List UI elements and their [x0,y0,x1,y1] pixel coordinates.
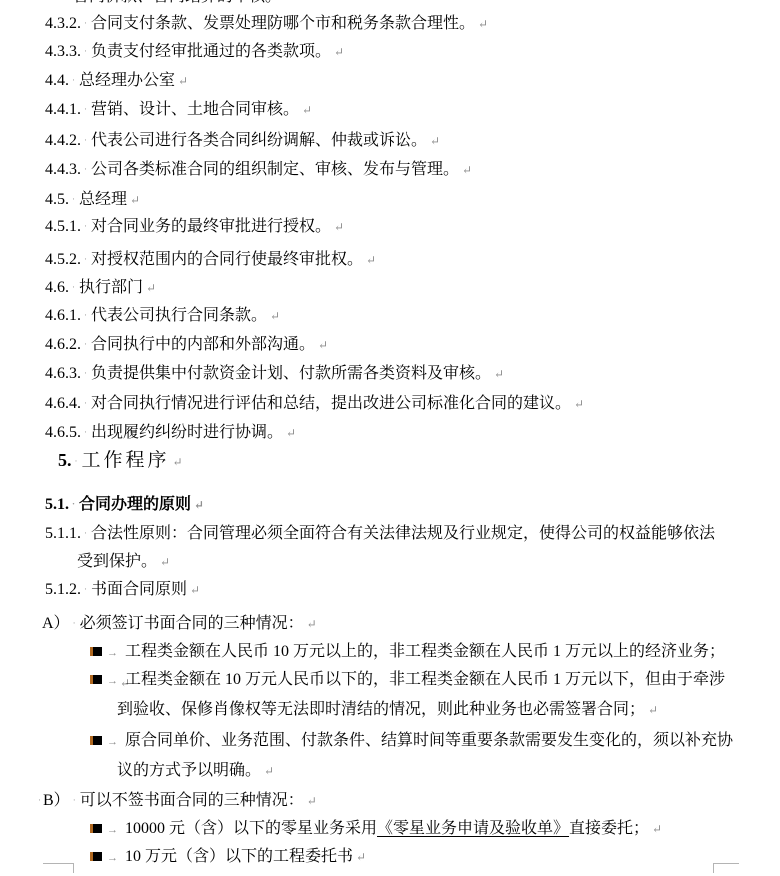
tab-mark-icon: · [84,418,87,447]
heading-text: 合同办理的原则 [79,496,191,513]
paragraph-text: 总经理 [79,191,127,208]
list-number: 4.5. [45,191,69,208]
tab-mark-icon: · [84,389,87,418]
list-letter: A） [42,615,70,632]
bullet-square-icon [90,852,102,861]
paragraph-mark-icon: ↵ [307,610,317,639]
list-number: 4.4. [45,72,69,89]
tab-mark-icon: · [84,330,87,359]
paragraph-text: 可以不签书面合同的三种情况： [80,792,304,809]
list-number: 4.4.1. [45,101,81,118]
list-letter: B） [43,792,70,809]
paragraph-mark-icon: ↵ [652,815,662,844]
bullet-text: 10000 元（含）以下的零星业务采用 [125,820,377,837]
paragraph-text: 代表公司进行各类合同纠纷调解、仲裁或诉讼。 [91,132,427,149]
list-number: 4.3.2. [45,15,81,32]
bullet-text: 直接委托； [569,820,649,837]
bullet-item: →10000 元（含）以下的零星业务采用《零星业务申请及验收单》直接委托；↵ [90,814,733,845]
paragraph-text: 执行部门 [79,279,143,296]
tab-mark-icon: · [75,447,78,476]
heading-number: 5.1. [45,496,69,513]
paragraph-mark-icon: ↵ [574,390,584,419]
document-page[interactable]: 合同价款、合同结算的审核。 4.3.2.·合同支付条款、发票处理防哪个市和税务条… [0,0,780,876]
tab-mark-icon: · [73,609,76,638]
doc-paragraph: 5.1.2.·书面合同原则↵ [45,575,200,605]
tab-mark-icon: · [72,273,75,302]
bullet-text: 工程类金额在 10 万元人民币以下的，非工程类金额在人民币 1 万元以下，但由于… [117,671,725,718]
tab-mark-icon: · [84,155,87,184]
list-number: 4.6.1. [45,307,81,324]
paragraph-mark-icon: ↵ [160,548,170,576]
tab-arrow-icon: → [107,844,118,873]
paragraph-text: 代表公司执行合同条款。 [91,307,267,324]
tab-mark-icon: · [84,126,87,155]
list-number: 4.6.5. [45,424,81,441]
paragraph-mark-icon: ↵ [264,757,274,786]
doc-paragraph: 4.3.3.·负责支付经审批通过的各类款项。↵ [45,37,344,67]
list-number: 4.4.3. [45,161,81,178]
paragraph-text: 必须签订书面合同的三种情况： [80,615,304,632]
doc-paragraph: 4.4.·总经理办公室↵ [45,66,188,96]
paragraph-mark-icon: ↵ [318,331,328,360]
tab-arrow-icon: → [107,639,118,668]
tab-arrow-icon: → [107,816,118,845]
tab-mark-icon: · [84,359,87,388]
list-number: 5.1.1. [45,525,81,542]
list-number: 4.3.3. [45,43,81,60]
paragraph-text: 负责提供集中付款资金计划、付款所需各类资料及审核。 [91,365,491,382]
paragraph-text: 合同价款、合同结算的审核。 [73,0,281,5]
paragraph-text: 合法性原则：合同管理必须全面符合有关法律法规及行业规定，使得公司的权益能够依法受… [77,525,715,570]
tab-mark-icon: · [72,490,75,519]
doc-paragraph: ·B）·可以不签书面合同的三种情况：↵ [38,786,718,816]
list-number: 4.4.2. [45,132,81,149]
paragraph-mark-icon: ↵ [430,127,440,156]
section-heading: 5.·工作程序↵ [58,446,183,477]
tab-mark-icon: · [84,245,87,274]
paragraph-mark-icon: ↵ [334,213,344,242]
paragraph-text: 负责支付经审批通过的各类款项。 [91,43,331,60]
doc-paragraph: 4.5.2.·对授权范围内的合同行使最终审批权。↵ [45,245,376,275]
bullet-item: →10 万元（含）以下的工程委托书↵ [90,842,733,873]
doc-paragraph: 4.6.5.·出现履约纠纷时进行协调。↵ [45,418,296,448]
doc-paragraph: 4.3.2.·合同支付条款、发票处理防哪个市和税务条款合理性。↵ [45,9,488,39]
paragraph-mark-icon: ↵ [173,448,183,477]
paragraph-mark-icon: ↵ [478,10,488,39]
doc-paragraph: A）·必须签订书面合同的三种情况：↵ [42,609,722,639]
doc-paragraph: 4.5.·总经理↵ [45,185,140,215]
doc-paragraph: 4.6.4.·对合同执行情况进行评估和总结，提出改进公司标准化合同的建议。↵ [45,389,584,419]
doc-paragraph: 4.5.1.·对合同业务的最终审批进行授权。↵ [45,212,344,242]
tab-arrow-icon: → [107,667,118,696]
paragraph-text: 对合同业务的最终审批进行授权。 [91,218,331,235]
paragraph-text: 出现履约纠纷时进行协调。 [91,424,283,441]
doc-paragraph: 4.6.1.·代表公司执行合同条款。↵ [45,301,280,331]
paragraph-mark-icon: ↵ [146,274,156,303]
doc-paragraph: 4.4.3.·公司各类标准合同的组织制定、审核、发布与管理。↵ [45,155,472,185]
tab-mark-icon: · [84,575,87,604]
tab-mark-icon: · [73,786,76,815]
bullet-item: →工程类金额在 10 万元人民币以下的，非工程类金额在人民币 1 万元以下，但由… [90,666,733,724]
heading-text: 工作程序 [82,450,170,471]
bullet-text: 工程类金额在人民币 10 万元以上的，非工程类金额在人民币 1 万元以上的经济业… [125,643,725,660]
paragraph-text: 对合同执行情况进行评估和总结，提出改进公司标准化合同的建议。 [91,395,571,412]
list-number: 4.5.1. [45,218,81,235]
list-number: 5.1.2. [45,581,81,598]
underlined-form-name: 《零星业务申请及验收单》 [377,820,569,837]
paragraph-text: 合同执行中的内部和外部沟通。 [91,336,315,353]
format-mark-icon: · [38,795,41,805]
paragraph-text: 书面合同原则 [91,581,187,598]
paragraph-text: 合同支付条款、发票处理防哪个市和税务条款合理性。 [91,15,475,32]
list-number: 4.6.2. [45,336,81,353]
paragraph-mark-icon: ↵ [130,186,140,215]
page-corner-mark [713,863,739,873]
bullet-square-icon [90,675,102,684]
paragraph-mark-icon: ↵ [334,38,344,67]
paragraph-mark-icon: ↵ [494,360,504,389]
paragraph-mark-icon: ↵ [190,576,200,605]
bullet-item: →原合同单价、业务范围、付款条件、结算时间等重要条款需要发生变化的，须以补充协议… [90,727,733,785]
paragraph-text: 对授权范围内的合同行使最终审批权。 [91,251,363,268]
doc-paragraph: 4.6.3.·负责提供集中付款资金计划、付款所需各类资料及审核。↵ [45,359,504,389]
tab-mark-icon: · [84,519,87,547]
tab-mark-icon: · [84,9,87,38]
tab-arrow-icon: → [107,728,118,757]
tab-mark-icon: · [84,95,87,124]
bullet-square-icon [90,647,102,656]
paragraph-mark-icon: ↵ [302,96,312,125]
paragraph-mark-icon: ↵ [194,491,204,520]
tab-mark-icon: · [84,37,87,66]
page-corner-mark [43,863,74,873]
paragraph-mark-icon: ↵ [462,156,472,185]
doc-paragraph: 4.4.1.·营销、设计、土地合同审核。↵ [45,95,312,125]
paragraph-mark-icon: ↵ [366,246,376,275]
list-number: 4.5.2. [45,251,81,268]
tab-mark-icon: · [72,185,75,214]
bullet-square-icon [90,824,102,833]
bullet-square-icon [90,736,102,745]
paragraph-mark-icon: ↵ [286,419,296,448]
tab-mark-icon: · [72,66,75,95]
list-number: 4.6.4. [45,395,81,412]
heading-number: 5. [58,450,72,470]
bullet-text: 原合同单价、业务范围、付款条件、结算时间等重要条款需要发生变化的，须以补充协议的… [117,732,733,779]
paragraph-text: 营销、设计、土地合同审核。 [91,101,299,118]
paragraph-text: 公司各类标准合同的组织制定、审核、发布与管理。 [91,161,459,178]
tab-mark-icon: · [84,212,87,241]
subsection-heading: 5.1.·合同办理的原则↵ [45,490,204,520]
paragraph-mark-icon: ↵ [648,696,658,725]
tab-mark-icon: · [84,301,87,330]
list-number: 4.6.3. [45,365,81,382]
doc-paragraph: 4.4.2.·代表公司进行各类合同纠纷调解、仲裁或诉讼。↵ [45,126,440,156]
paragraph-mark-icon: ↵ [356,843,366,872]
doc-paragraph: 4.6.2.·合同执行中的内部和外部沟通。↵ [45,330,328,360]
doc-paragraph: 5.1.1.·合法性原则：合同管理必须全面符合有关法律法规及行业规定，使得公司的… [45,519,725,576]
paragraph-mark-icon: ↵ [307,787,317,816]
bullet-text: 10 万元（含）以下的工程委托书 [125,848,353,865]
paragraph-mark-icon: ↵ [178,67,188,96]
doc-paragraph: 4.6.·执行部门↵ [45,273,156,303]
paragraph-mark-icon: ↵ [270,302,280,331]
paragraph-text: 总经理办公室 [79,72,175,89]
list-number: 4.6. [45,279,69,296]
